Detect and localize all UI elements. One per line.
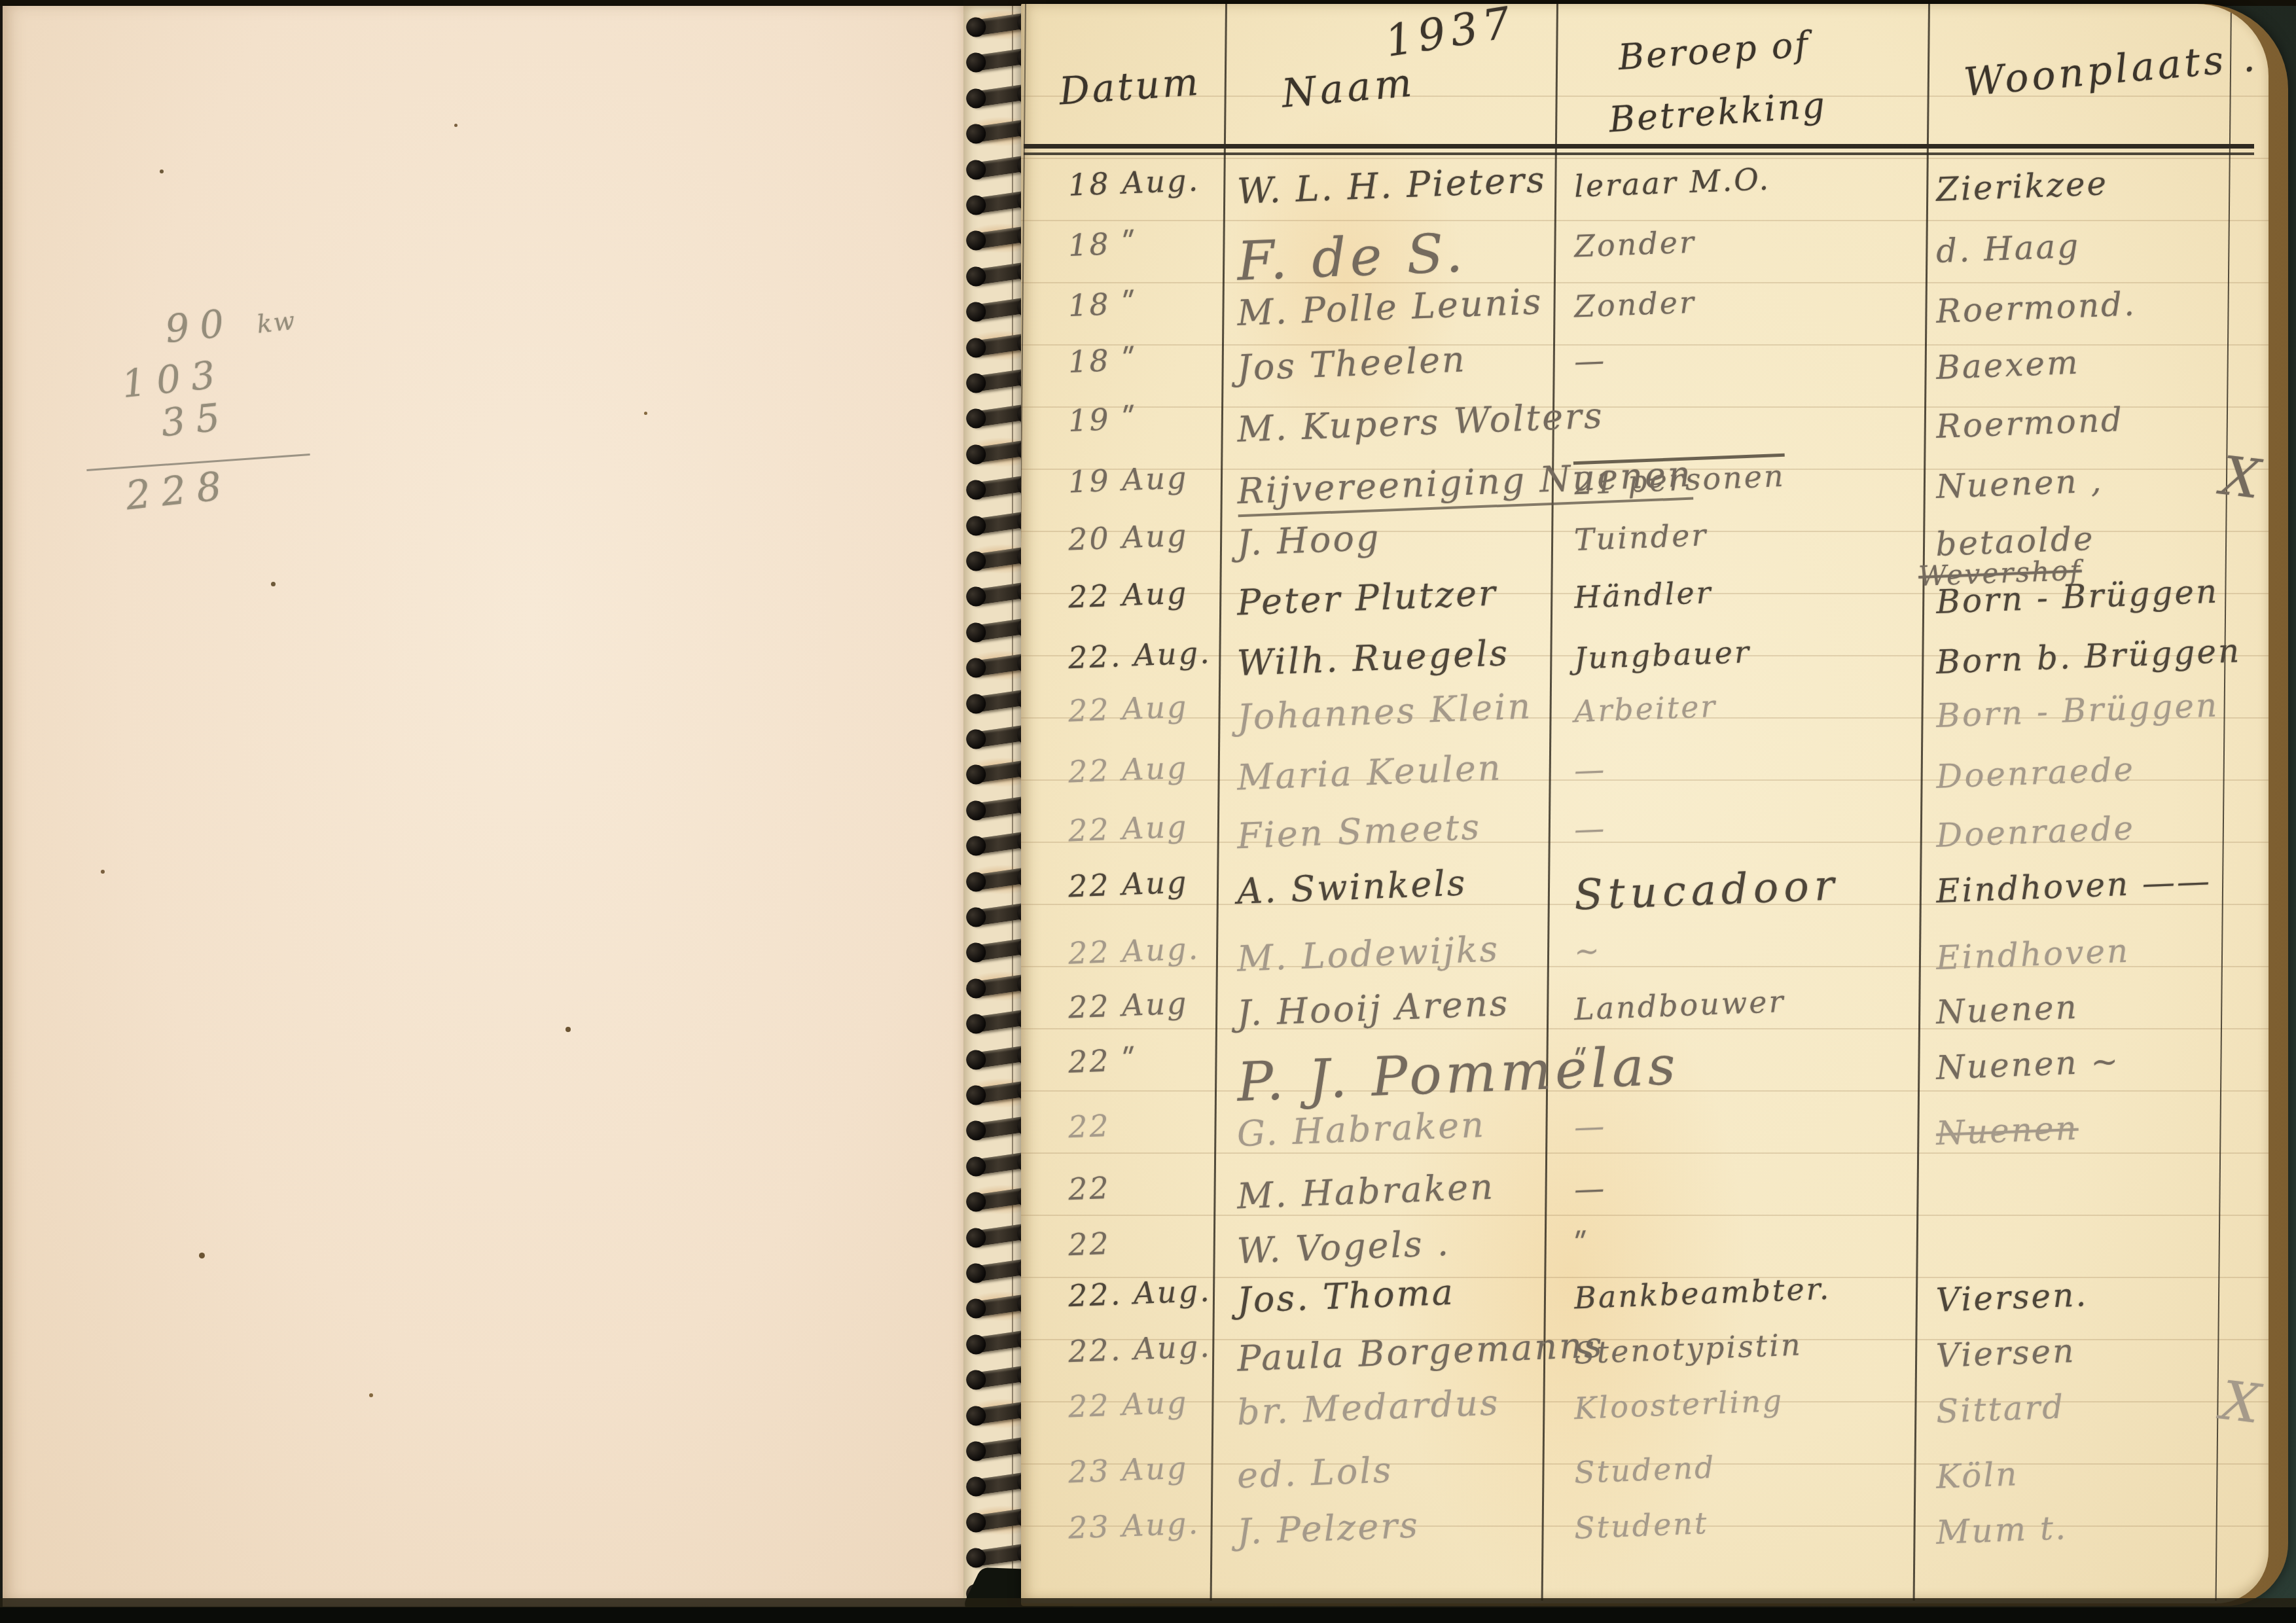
cell-woonplaats: Köln — [1935, 1446, 2244, 1496]
cell-woonplaats: Born - Brüggen — [1935, 571, 2244, 621]
pencil-total: 228 — [124, 463, 234, 520]
cell-naam: F. de S. — [1236, 222, 1467, 293]
cell-woonplaats: Eindhoven —— — [1935, 861, 2244, 910]
table-row: 18 ʺF. de S.Zonderd. Haag — [1021, 226, 2265, 287]
cell-naam: M. Habraken — [1236, 1166, 1496, 1217]
cell-datum: 22 — [1067, 1170, 1111, 1207]
cell-datum: 18 Aug. — [1067, 162, 1200, 203]
table-row: 18 ʺJos Theelen—Baexem — [1021, 343, 2265, 403]
pencil-sum-block: 90 kw 103 35 228 — [62, 299, 363, 561]
table-row: 22 AugPeter PlutzerHändlerBorn - Brüggen — [1021, 577, 2265, 637]
right-page: 1937 Datum Naam Beroep of Betrekking Woo… — [1021, 4, 2269, 1603]
cell-beroep: Kloosterling — [1573, 1383, 1784, 1426]
table-row: 22 AugJohannes KleinArbeiterBorn - Brügg… — [1021, 691, 2265, 751]
table-row: 22 AugMaria Keulen—Doenraede — [1021, 752, 2265, 812]
table-row: 22. Aug.Jos. ThomaBankbeambter.Viersen. — [1021, 1275, 2265, 1336]
table-row: 22 Augbr. MedardusKloosterlingSittardX — [1021, 1387, 2265, 1447]
pencil-addend-3: 35 — [159, 394, 232, 446]
cell-datum: 22. Aug. — [1067, 1329, 1212, 1369]
table-row: 22. Aug.Wilh. RuegelsJungbauerBorn b. Br… — [1021, 637, 2265, 698]
cell-naam: Jos. Thoma — [1236, 1272, 1456, 1321]
cell-datum: 18 ʺ — [1067, 225, 1138, 263]
cell-naam: J. Hoog — [1236, 517, 1382, 563]
cell-woonplaats: Viersen. — [1935, 1270, 2244, 1319]
cell-datum: 22 Aug — [1067, 688, 1189, 728]
cell-naam: J. Pelzers — [1236, 1505, 1420, 1553]
cell-beroep: Stenotypistin — [1573, 1327, 1803, 1370]
year-heading: 1937 — [1382, 4, 1519, 67]
foxing-speck — [369, 1393, 373, 1397]
cell-naam: M. Polle Leunis — [1236, 281, 1543, 334]
cell-woonplaats: Mum t. — [1935, 1502, 2244, 1552]
table-row: 22 AugA. SwinkelsStucadoorEindhoven —— — [1021, 866, 2265, 927]
cell-woonplaats: Eindhoven — [1935, 927, 2244, 977]
cell-beroep: Stucadoor — [1573, 861, 1840, 920]
cell-beroep: Händler — [1573, 575, 1713, 615]
header-rule — [1024, 144, 2254, 149]
cell-beroep: Bankbeambter. — [1573, 1270, 1831, 1315]
table-row: 22M. Habraken— — [1021, 1171, 2265, 1231]
cell-woonplaats: Baexem — [1935, 337, 2244, 387]
cell-naam: W. Vogels . — [1236, 1222, 1451, 1272]
table-row: 18 Aug.W. L. H. Pietersleraar M.O.Zierik… — [1021, 165, 2265, 225]
cell-naam: W. L. H. Pieters — [1236, 159, 1547, 212]
cell-datum: 22 Aug — [1067, 749, 1189, 789]
cell-woonplaats: Nuenen — [1935, 982, 2244, 1031]
cell-naam: P. J. Pommelas — [1236, 1035, 1680, 1114]
cell-datum: 22 Aug — [1067, 985, 1189, 1025]
cell-datum: 22 Aug — [1067, 864, 1189, 904]
cell-datum: 19 Aug — [1067, 459, 1189, 499]
cell-datum: 22 Aug — [1067, 808, 1189, 848]
foxing-speck — [101, 870, 105, 874]
cell-beroep: Studend — [1573, 1450, 1716, 1490]
cell-beroep: Tuinder — [1573, 517, 1708, 558]
cell-datum: 22 ʺ — [1067, 1042, 1138, 1080]
page-edge-stack: 1937 Datum Naam Beroep of Betrekking Woo… — [1021, 4, 2288, 1606]
table-row: 19 ʺM. Kupers WoltersRoermond — [1021, 402, 2265, 462]
left-page: 90 kw 103 35 228 — [3, 6, 963, 1607]
margin-x-mark: X — [2218, 1370, 2265, 1436]
guestbook-scan: { "document_title": "Guestbook spread, s… — [0, 0, 2296, 1623]
cell-beroep: Jungbauer — [1573, 634, 1751, 676]
cell-datum: 22. Aug. — [1067, 1273, 1212, 1313]
cell-woonplaats: Nuenen — [1935, 1103, 2244, 1152]
margin-x-mark: X — [2218, 445, 2265, 512]
table-row: 20 AugJ. HoogTuinderbetaoldeWevershof — [1021, 520, 2265, 580]
table-row: 22 AugFien Smeets—Doenraede — [1021, 811, 2265, 871]
cell-beroep: Zonder — [1573, 284, 1696, 324]
cell-beroep: — — [1573, 342, 1607, 379]
cell-datum: 22 — [1067, 1108, 1111, 1145]
cell-datum: 19 ʺ — [1067, 401, 1138, 438]
cell-naam: Fien Smeets — [1236, 806, 1482, 857]
table-row: 22G. Habraken—Nuenen — [1021, 1109, 2265, 1169]
table-row: 23 Auged. LolsStudendKöln — [1021, 1452, 2265, 1512]
column-header-beroep-line1: Beroep of — [1617, 24, 1811, 78]
cell-datum: 22 Aug. — [1067, 931, 1200, 971]
cell-woonplaats: Nuenen ,X — [1935, 456, 2244, 506]
cell-naam: Jos Theelen — [1236, 338, 1467, 388]
cell-woonplaats: Born - Brüggen — [1935, 685, 2244, 735]
cell-datum: 18 ʺ — [1067, 285, 1138, 323]
cell-woonplaats: Doenraede — [1935, 805, 2244, 855]
cell-beroep: — — [1573, 1170, 1607, 1207]
cell-datum: 18 ʺ — [1067, 342, 1138, 380]
foxing-speck — [199, 1253, 205, 1258]
cell-woonplaats: Doenraede — [1935, 746, 2244, 796]
cell-woonplaats: Roermond. — [1935, 281, 2244, 330]
cell-naam: Wilh. Ruegels — [1236, 632, 1510, 684]
cell-naam: Paula Borgemanns — [1236, 1324, 1605, 1379]
cell-beroep: Arbeiter — [1573, 688, 1717, 729]
table-row: 22. Aug.Paula BorgemannsStenotypistinVie… — [1021, 1331, 2265, 1391]
foxing-speck — [565, 1027, 571, 1032]
cell-beroep: ~ — [1573, 933, 1602, 969]
cell-naam: A. Swinkels — [1236, 862, 1467, 912]
foxing-speck — [160, 169, 164, 173]
cell-beroep: — — [1573, 1108, 1607, 1145]
cell-beroep: ʺ — [1573, 1043, 1590, 1079]
cell-naam: Maria Keulen — [1236, 747, 1503, 798]
cell-woonplaats: d. Haag — [1935, 221, 2244, 270]
cell-woonplaats: Zierikzee — [1935, 159, 2244, 209]
cell-naam: M. Lodewijks — [1236, 928, 1500, 979]
cell-naam: Peter Plutzer — [1236, 572, 1498, 623]
cell-naam: J. Hooij Arens — [1236, 982, 1510, 1034]
foxing-speck — [644, 412, 647, 415]
cell-beroep: — — [1573, 810, 1607, 847]
cell-beroep: ʺ — [1573, 1226, 1590, 1262]
foxing-speck — [454, 124, 457, 127]
table-row: 22 Aug.M. Lodewijks~Eindhoven — [1021, 933, 2265, 993]
cell-datum: 23 Aug. — [1067, 1505, 1200, 1546]
cell-beroep: Student — [1573, 1505, 1709, 1546]
cell-woonplaats: Viersen — [1935, 1325, 2244, 1375]
pencil-unit-note: kw — [255, 306, 297, 339]
pencil-addend-1: 90 kw — [163, 294, 298, 352]
table-row: 18 ʺM. Polle LeunisZonderRoermond. — [1021, 287, 2265, 347]
cell-beroep: 21 personen — [1573, 458, 1785, 501]
cell-woonplaats: SittardX — [1935, 1381, 2244, 1431]
cell-datum: 23 Aug — [1067, 1450, 1189, 1489]
cell-woonplaats: Nuenen ~ — [1935, 1037, 2244, 1087]
cell-beroep: Landbouwer — [1573, 984, 1785, 1027]
cell-beroep: — — [1573, 751, 1607, 788]
cell-datum: 22 — [1067, 1226, 1111, 1262]
table-row: 23 Aug.J. PelzersStudentMum t. — [1021, 1508, 2265, 1568]
table-row: 22 ʺP. J. PommelasʺNuenen ~ — [1021, 1043, 2265, 1103]
cell-naam: G. Habraken — [1236, 1104, 1486, 1155]
cell-datum: 22 Aug — [1067, 1384, 1189, 1424]
cell-beroep: Zonder — [1573, 224, 1696, 264]
cell-beroep: leraar M.O. — [1573, 161, 1771, 204]
cell-datum: 22. Aug. — [1067, 635, 1212, 675]
table-row: 19 AugRijvereeniging Nuenen21 personenNu… — [1021, 462, 2265, 522]
cell-naam: Johannes Klein — [1236, 685, 1533, 738]
cell-naam: br. Medardus — [1236, 1382, 1501, 1433]
foxing-speck — [271, 582, 276, 586]
cover-bottom-edge — [0, 1607, 2296, 1623]
cell-datum: 22 Aug — [1067, 575, 1189, 615]
cell-woonplaats: Born b. Brüggen — [1935, 632, 2244, 681]
cell-datum: 20 Aug — [1067, 517, 1189, 557]
header-rule-secondary — [1024, 152, 2254, 155]
cell-woonplaats: Roermond — [1935, 396, 2244, 446]
cell-naam: M. Kupers Wolters — [1236, 395, 1605, 450]
cell-naam: ed. Lols — [1236, 1449, 1393, 1496]
